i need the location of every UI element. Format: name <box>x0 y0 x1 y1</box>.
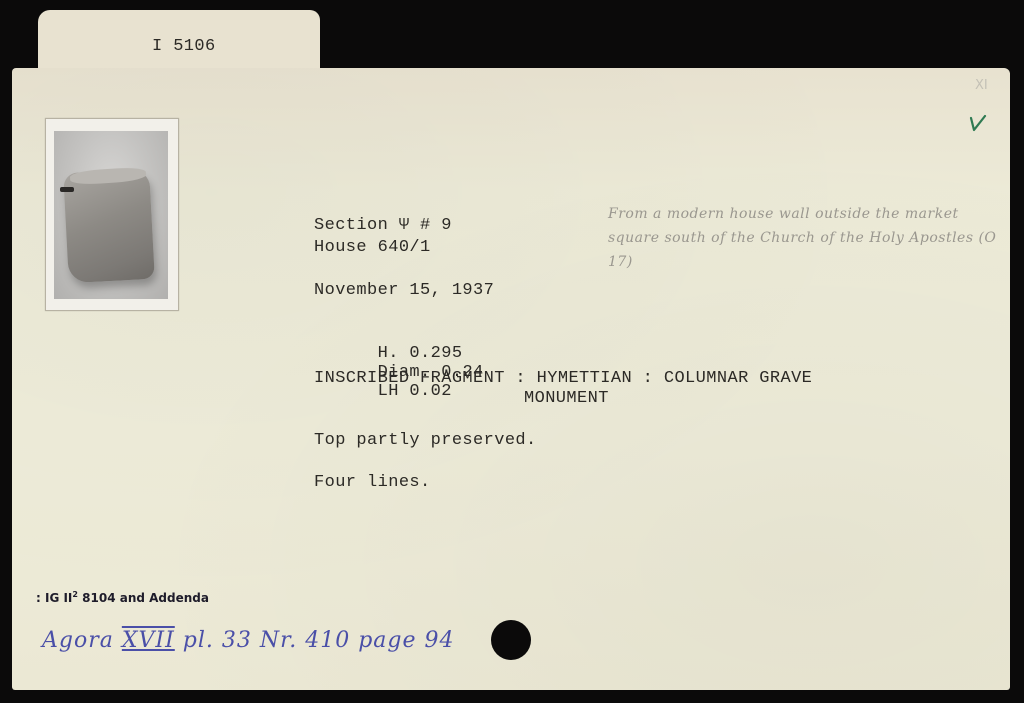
findspot-note: From a modern house wall outside the mar… <box>608 202 1008 274</box>
check-mark-icon <box>968 110 988 134</box>
section-line: Section Ψ # 9 <box>314 216 452 235</box>
stone-fragment-peg <box>60 187 74 192</box>
height-value: H. 0.295 <box>378 344 463 363</box>
catalog-card-scan: I 5106 XI Section Ψ # 9 House 640/1 Nove… <box>0 0 1024 703</box>
condition-line: Top partly preserved. <box>314 431 537 450</box>
ig-reference-prefix: : IG II <box>36 591 72 605</box>
ig-reference: : IG II2 8104 and Addenda <box>36 590 209 605</box>
house-line: House 640/1 <box>314 238 431 257</box>
photo-image <box>54 131 168 299</box>
accession-number: I 5106 <box>152 37 216 56</box>
punch-hole <box>491 620 531 660</box>
agora-reference-volume: XVII <box>122 628 175 653</box>
agora-reference: Agora XVII pl. 33 Nr. 410 page 94 <box>42 628 454 653</box>
agora-reference-prefix: Agora <box>42 628 122 653</box>
corner-mark: XI <box>975 78 988 93</box>
ig-reference-suffix: 8104 and Addenda <box>78 591 209 605</box>
date-line: November 15, 1937 <box>314 281 494 300</box>
description-line-1: INSCRIBED FRAGMENT : HYMETTIAN : COLUMNA… <box>314 369 812 388</box>
object-photograph <box>45 118 179 311</box>
description-line-2: MONUMENT <box>524 389 609 408</box>
stone-fragment-image <box>63 169 155 283</box>
agora-reference-suffix: pl. 33 Nr. 410 page 94 <box>175 628 455 653</box>
lines-count-line: Four lines. <box>314 473 431 492</box>
